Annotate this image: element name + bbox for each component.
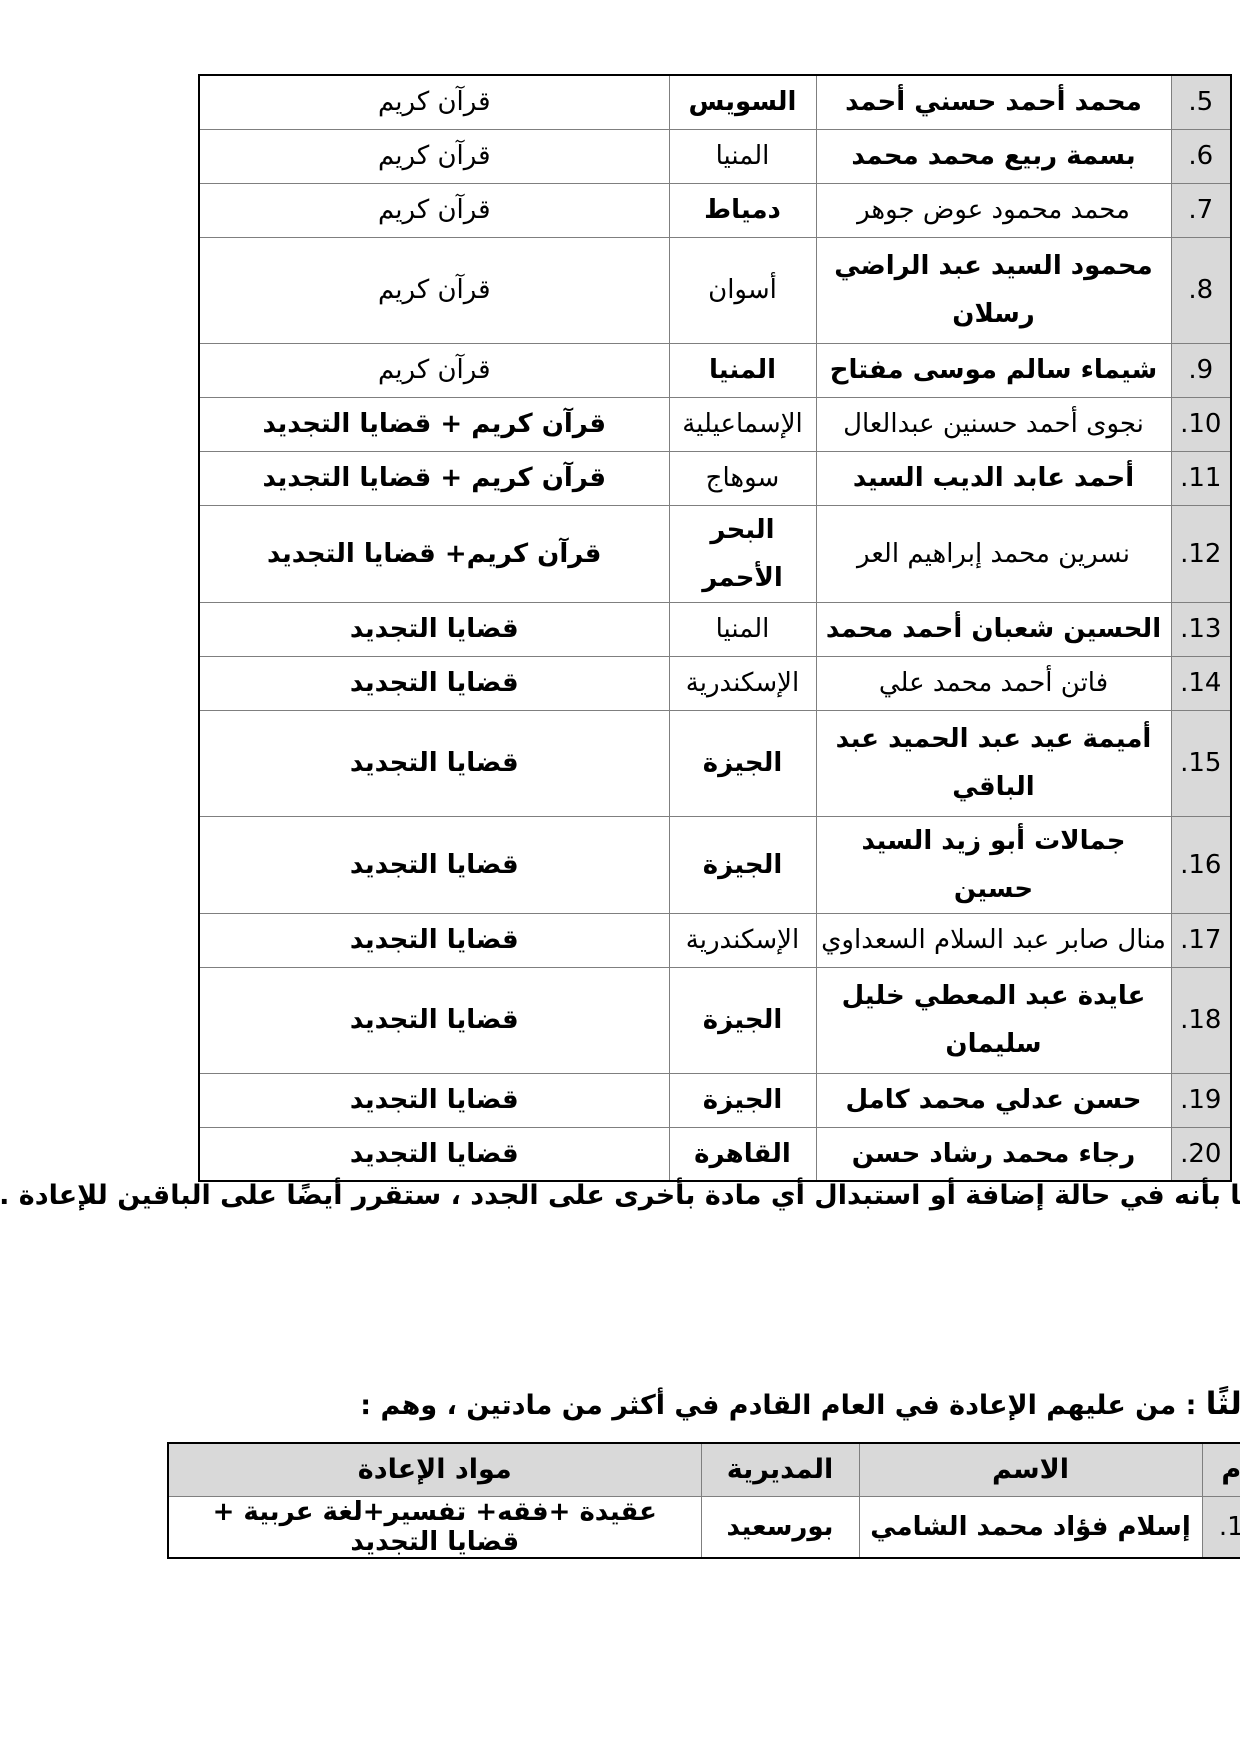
table-row: 11. أحمد عابد الديب السيد سوهاج قرآن كري… [69, 451, 1101, 505]
cell-subjects: قرآن كريم [69, 237, 539, 343]
header-name: الاسم [729, 1443, 1072, 1496]
table-row: 10. نجوى أحمد حسنين عبدالعال الإسماعيلية… [69, 397, 1101, 451]
table-row: 15. أميمة عيد عبد الحميد عبد الباقي الجي… [69, 710, 1101, 816]
table-row: 13. الحسين شعبان أحمد محمد المنيا قضايا … [69, 602, 1101, 656]
cell-governorate: الجيزة [539, 967, 686, 1073]
header-number: م [1072, 1443, 1131, 1496]
cell-subjects: قضايا التجديد [69, 1127, 539, 1181]
cell-number: 7. [1041, 183, 1101, 237]
cell-subjects: قرآن كريم [69, 343, 539, 397]
resit-multi-subject-table: م الاسم المديرية مواد الإعادة 1. إسلام ف… [37, 1442, 1132, 1559]
header-row: م الاسم المديرية مواد الإعادة [38, 1443, 1131, 1496]
cell-number: 15. [1041, 710, 1101, 816]
cell-governorate: سوهاج [539, 451, 686, 505]
cell-name: محمود السيد عبد الراضي رسلان [686, 237, 1041, 343]
cell-number: 18. [1041, 967, 1101, 1073]
cell-number: 6. [1041, 129, 1101, 183]
cell-number: 16. [1041, 816, 1101, 913]
table-row: 5. محمد أحمد حسني أحمد السويس قرآن كريم [69, 75, 1101, 129]
cell-number: 11. [1041, 451, 1101, 505]
cell-number: 9. [1041, 343, 1101, 397]
cell-subjects: قرآن كريم [69, 75, 539, 129]
note-paragraph: علمًا بأنه في حالة إضافة أو استبدال أي م… [0, 1180, 1158, 1211]
cell-subjects: قرآن كريم + قضايا التجديد [69, 397, 539, 451]
header-governorate: المديرية [571, 1443, 729, 1496]
cell-number: 19. [1041, 1073, 1101, 1127]
cell-name: رجاء محمد رشاد حسن [686, 1127, 1041, 1181]
cell-governorate: السويس [539, 75, 686, 129]
cell-name: محمد محمود عوض جوهر [686, 183, 1041, 237]
cell-name: نجوى أحمد حسنين عبدالعال [686, 397, 1041, 451]
cell-name: منال صابر عبد السلام السعداوي [686, 913, 1041, 967]
cell-subjects: قضايا التجديد [69, 913, 539, 967]
cell-subjects: قضايا التجديد [69, 1073, 539, 1127]
cell-subjects: قضايا التجديد [69, 816, 539, 913]
cell-name: نسرين محمد إبراهيم العر [686, 505, 1041, 602]
cell-subjects: قضايا التجديد [69, 602, 539, 656]
cell-name: جمالات أبو زيد السيد حسين [686, 816, 1041, 913]
table-row: 14. فاتن أحمد محمد علي الإسكندرية قضايا … [69, 656, 1101, 710]
cell-governorate: الجيزة [539, 1073, 686, 1127]
table-row: 8. محمود السيد عبد الراضي رسلان أسوان قر… [69, 237, 1101, 343]
table-row: 19. حسن عدلي محمد كامل الجيزة قضايا التج… [69, 1073, 1101, 1127]
page: { "colors":{"shaded_cell_bg":"#d9d9d9","… [0, 0, 1240, 1755]
cell-governorate: المنيا [539, 602, 686, 656]
cell-subjects: قرآن كريم+ قضايا التجديد [69, 505, 539, 602]
table-row: 18. عايدة عبد المعطي خليل سليمان الجيزة … [69, 967, 1101, 1073]
table-row: 9. شيماء سالم موسى مفتاح المنيا قرآن كري… [69, 343, 1101, 397]
cell-governorate: القاهرة [539, 1127, 686, 1181]
cell-name: أميمة عيد عبد الحميد عبد الباقي [686, 710, 1041, 816]
cell-name: حسن عدلي محمد كامل [686, 1073, 1041, 1127]
cell-name: بسمة ربيع محمد محمد [686, 129, 1041, 183]
cell-name: شيماء سالم موسى مفتاح [686, 343, 1041, 397]
header-subjects: مواد الإعادة [38, 1443, 571, 1496]
cell-subjects: قضايا التجديد [69, 656, 539, 710]
cell-subjects: قضايا التجديد [69, 967, 539, 1073]
resit-one-subject-table: 5. محمد أحمد حسني أحمد السويس قرآن كريم … [68, 74, 1102, 1182]
cell-governorate: الإسكندرية [539, 656, 686, 710]
cell-governorate: الجيزة [539, 710, 686, 816]
cell-name: إسلام فؤاد محمد الشامي [729, 1496, 1072, 1558]
cell-subjects: عقيدة +فقه+ تفسير+لغة عربية + قضايا التج… [38, 1496, 571, 1558]
cell-governorate: دمياط [539, 183, 686, 237]
cell-number: 20. [1041, 1127, 1101, 1181]
cell-number: 12. [1041, 505, 1101, 602]
cell-number: 17. [1041, 913, 1101, 967]
table-row: 12. نسرين محمد إبراهيم العر البحر الأحمر… [69, 505, 1101, 602]
table-row: 7. محمد محمود عوض جوهر دمياط قرآن كريم [69, 183, 1101, 237]
table-row: 1. إسلام فؤاد محمد الشامي بورسعيد عقيدة … [38, 1496, 1131, 1558]
cell-number: 10. [1041, 397, 1101, 451]
cell-number: 13. [1041, 602, 1101, 656]
cell-governorate: الجيزة [539, 816, 686, 913]
cell-governorate: البحر الأحمر [539, 505, 686, 602]
cell-number: 8. [1041, 237, 1101, 343]
cell-name: عايدة عبد المعطي خليل سليمان [686, 967, 1041, 1073]
cell-governorate: الإسماعيلية [539, 397, 686, 451]
cell-subjects: قرآن كريم [69, 183, 539, 237]
table-row: 16. جمالات أبو زيد السيد حسين الجيزة قضا… [69, 816, 1101, 913]
cell-number: 5. [1041, 75, 1101, 129]
table-row: 6. بسمة ربيع محمد محمد المنيا قرآن كريم [69, 129, 1101, 183]
cell-subjects: قرآن كريم [69, 129, 539, 183]
cell-governorate: المنيا [539, 129, 686, 183]
section-heading-lead: ثالثًا [1076, 1386, 1135, 1422]
cell-name: الحسين شعبان أحمد محمد [686, 602, 1041, 656]
cell-name: أحمد عابد الديب السيد [686, 451, 1041, 505]
cell-governorate: المنيا [539, 343, 686, 397]
section-heading: ثالثًا : من عليهم الإعادة في العام القاد… [230, 1386, 1135, 1422]
cell-name: محمد أحمد حسني أحمد [686, 75, 1041, 129]
cell-number: 14. [1041, 656, 1101, 710]
cell-governorate: بورسعيد [571, 1496, 729, 1558]
section-heading-rest: : من عليهم الإعادة في العام القادم في أك… [230, 1390, 1075, 1421]
table-row: 20. رجاء محمد رشاد حسن القاهرة قضايا الت… [69, 1127, 1101, 1181]
cell-governorate: الإسكندرية [539, 913, 686, 967]
cell-subjects: قضايا التجديد [69, 710, 539, 816]
table-row: 17. منال صابر عبد السلام السعداوي الإسكن… [69, 913, 1101, 967]
cell-number: 1. [1072, 1496, 1131, 1558]
cell-name: فاتن أحمد محمد علي [686, 656, 1041, 710]
cell-subjects: قرآن كريم + قضايا التجديد [69, 451, 539, 505]
cell-governorate: أسوان [539, 237, 686, 343]
